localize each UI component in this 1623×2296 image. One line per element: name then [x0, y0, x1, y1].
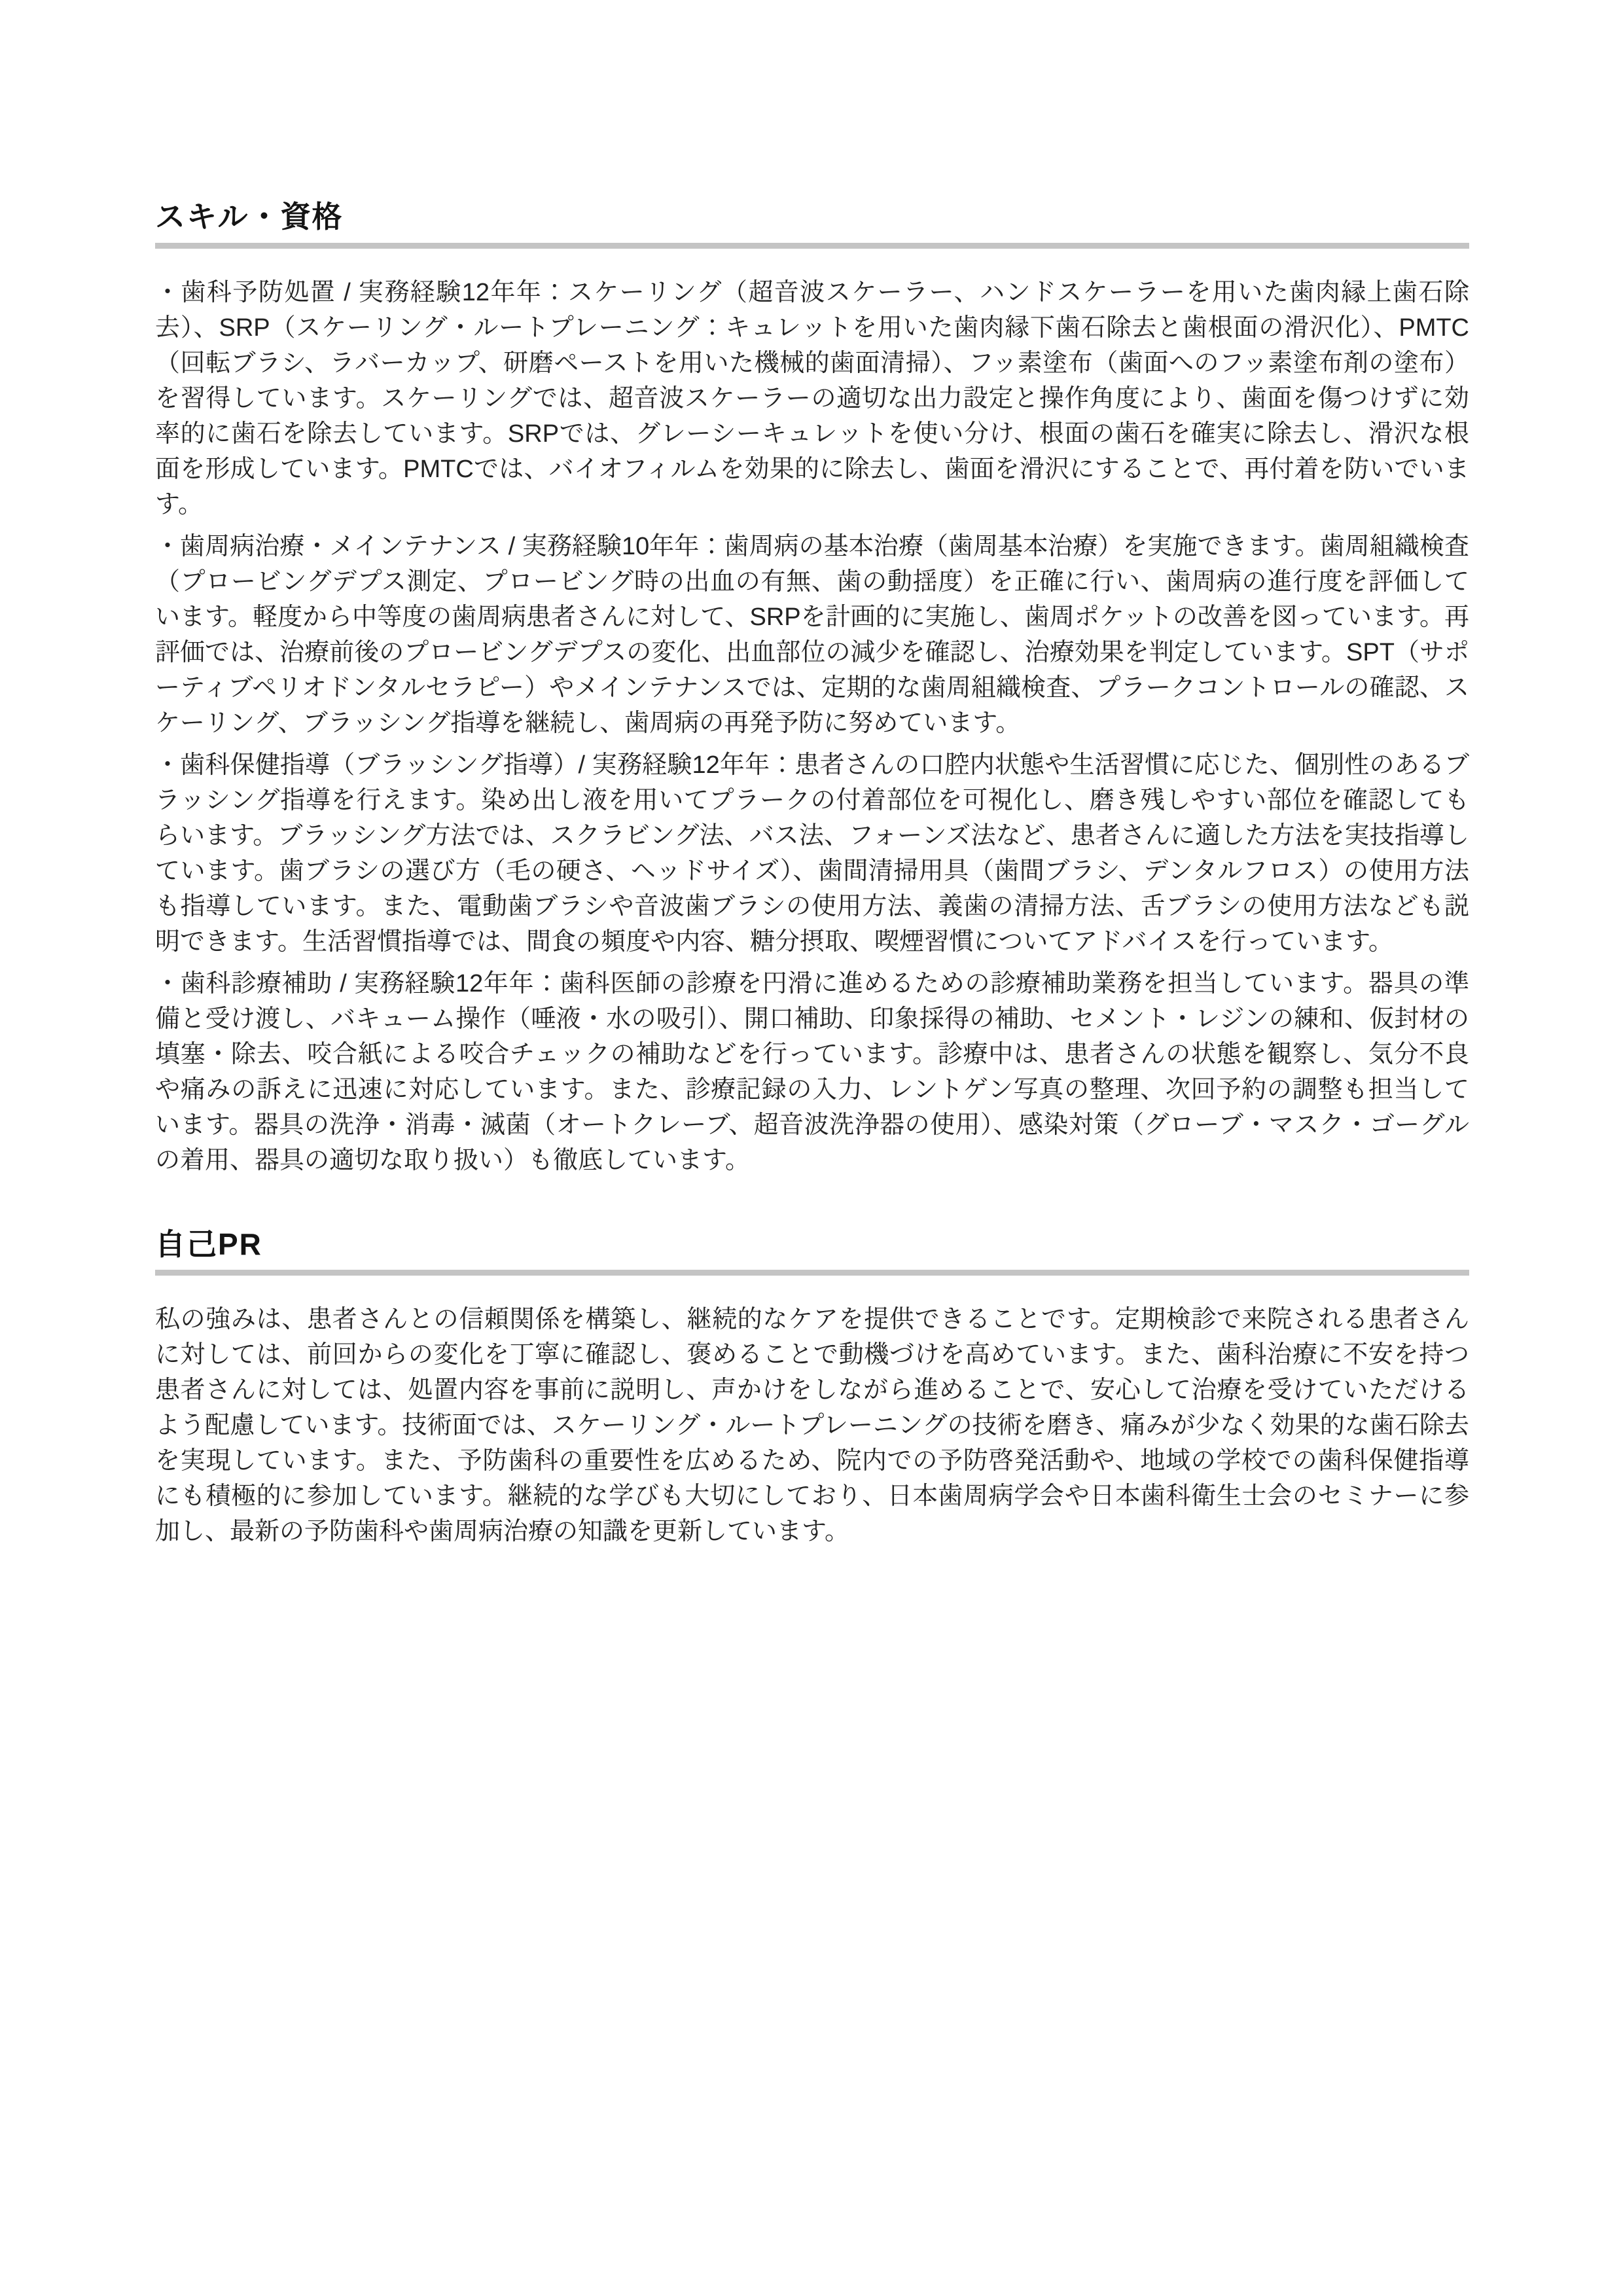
- skill-item-preventive-treatment: ・歯科予防処置 / 実務経験12年年：スケーリング（超音波スケーラー、ハンドスケ…: [155, 275, 1469, 522]
- skills-qualifications-section: スキル・資格 ・歯科予防処置 / 実務経験12年年：スケーリング（超音波スケーラ…: [155, 200, 1469, 1178]
- resume-page-content: スキル・資格 ・歯科予防処置 / 実務経験12年年：スケーリング（超音波スケーラ…: [155, 200, 1469, 1556]
- self-pr-text: 私の強みは、患者さんとの信頼関係を構築し、継続的なケアを提供できることです。定期…: [155, 1302, 1469, 1549]
- skill-item-perio-treatment-maintenance: ・歯周病治療・メインテナンス / 実務経験10年年：歯周病の基本治療（歯周基本治…: [155, 529, 1469, 741]
- skills-section-divider: [155, 243, 1469, 249]
- skills-section-title: スキル・資格: [155, 200, 1469, 234]
- self-pr-section: 自己PR 私の強みは、患者さんとの信頼関係を構築し、継続的なケアを提供できること…: [155, 1228, 1469, 1550]
- skill-item-clinical-assistance: ・歯科診療補助 / 実務経験12年年：歯科医師の診療を円滑に進めるための診療補助…: [155, 966, 1469, 1178]
- self-pr-section-divider: [155, 1270, 1469, 1276]
- self-pr-section-title: 自己PR: [155, 1228, 1469, 1261]
- skill-item-health-guidance: ・歯科保健指導（ブラッシング指導）/ 実務経験12年年：患者さんの口腔内状態や生…: [155, 747, 1469, 960]
